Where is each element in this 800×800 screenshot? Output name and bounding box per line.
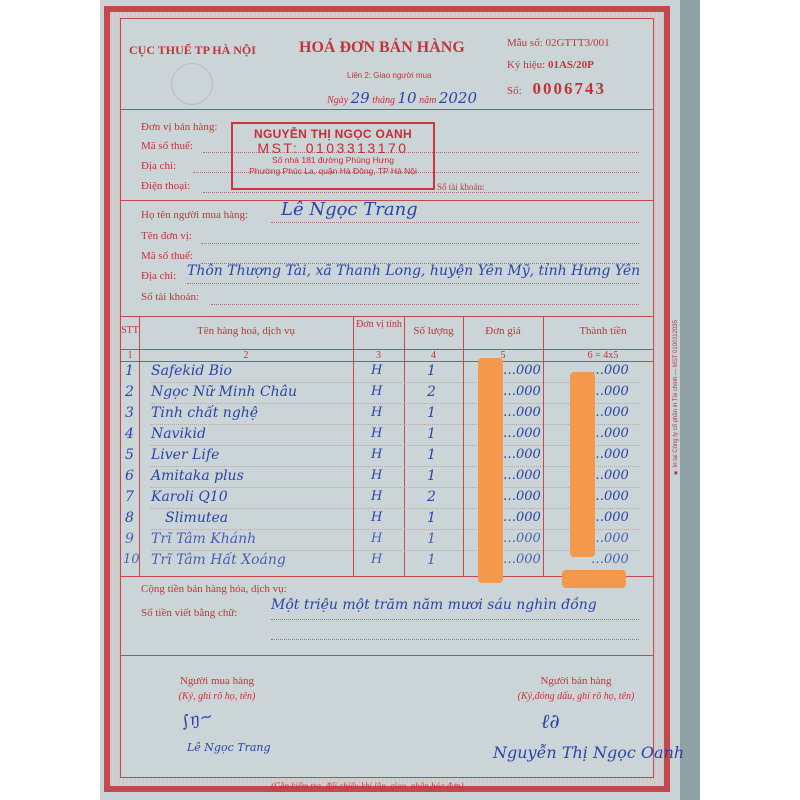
- seller-sign-hint: (Ký,đóng dấu, ghi rõ họ, tên): [486, 691, 666, 702]
- stamp-address-1: Số nhà 181 đường Phùng Hưng: [233, 155, 433, 166]
- seller-phone-label: Điện thoại:: [141, 180, 190, 192]
- invoice-photo: CỤC THUẾ TP HÀ NỘI HOÁ ĐƠN BÁN HÀNG Liên…: [100, 0, 700, 800]
- invoice-title: HOÁ ĐƠN BÁN HÀNG: [299, 39, 465, 57]
- redaction-sum: [562, 570, 626, 588]
- buyer-tax-label: Mã số thuế:: [141, 250, 193, 262]
- seller-account-label: Số tài khoản:: [437, 182, 485, 192]
- tax-authority: CỤC THUẾ TP HÀ NỘI: [129, 43, 256, 58]
- col-header-name: Tên hàng hoá, dịch vụ: [139, 325, 353, 337]
- seller-signature: ℓ∂: [541, 709, 560, 734]
- col-header-stt: STT: [121, 325, 139, 336]
- date-day: 29: [351, 89, 370, 107]
- seller-stamp: NGUYỄN THỊ NGỌC OANH MST: 0103313170 Số …: [231, 122, 435, 190]
- buyer-name: Lê Ngọc Trang: [281, 199, 418, 220]
- amount-in-words: Một triệu một trăm năm mươi sáu nghìn đồ…: [271, 597, 597, 613]
- seller-address-label: Địa chỉ:: [141, 160, 176, 172]
- stamp-name: NGUYỄN THỊ NGỌC OANH: [233, 127, 433, 141]
- words-label: Số tiền viết bằng chữ:: [141, 607, 237, 619]
- footer-note: (Cần kiểm tra, đối chiếu khi lập, giao, …: [271, 781, 464, 791]
- form-number: Mẫu số: 02GTTT3/001: [507, 37, 610, 49]
- col-header-price: Đơn giá: [463, 325, 543, 337]
- buyer-sign-hint: (Ký, ghi rõ họ, tên): [147, 691, 287, 702]
- stamp-mst: MST: 0103313170: [233, 141, 433, 155]
- copy-label: Liên 2: Giao người mua: [347, 71, 431, 80]
- date-month: 10: [397, 89, 416, 107]
- col-header-total: Thành tiền: [543, 325, 663, 337]
- buyer-signed-name: Lê Ngọc Trang: [187, 741, 271, 754]
- printer-info: ■ In tại Công ty cổ phần in Tài chính — …: [673, 320, 679, 475]
- seller-sign-title: Người bán hàng: [501, 675, 651, 687]
- seller-signed-name: Nguyễn Thị Ngọc Oanh: [493, 743, 684, 762]
- buyer-address: Thôn Thượng Tài, xã Thanh Long, huyện Yê…: [187, 263, 640, 279]
- invoice-date: Ngày 29 tháng 10 năm 2020: [327, 89, 477, 107]
- buyer-sign-title: Người mua hàng: [157, 675, 277, 687]
- emblem-icon: [171, 63, 213, 105]
- date-year: 2020: [439, 89, 477, 107]
- stamp-address-2: Phường Phúc La, quận Hà Đông, TP Hà Nội: [233, 166, 433, 177]
- redaction-total-column: [570, 372, 595, 557]
- invoice-paper: CỤC THUẾ TP HÀ NỘI HOÁ ĐƠN BÁN HÀNG Liên…: [100, 0, 680, 800]
- buyer-unit-label: Tên đơn vị:: [141, 230, 192, 242]
- redaction-price-column: [478, 358, 503, 583]
- sum-label: Cộng tiền bán hàng hóa, dịch vụ:: [141, 583, 287, 595]
- col-header-qty: Số lượng: [404, 325, 463, 337]
- divider: [121, 109, 653, 110]
- seller-unit-label: Đơn vị bán hàng:: [141, 121, 217, 133]
- buyer-name-label: Họ tên người mua hàng:: [141, 209, 248, 221]
- seller-tax-label: Mã số thuế:: [141, 140, 193, 152]
- col-header-unit: Đơn vị tính: [355, 319, 403, 331]
- buyer-address-label: Địa chỉ:: [141, 270, 176, 282]
- buyer-signature: ∫ŋ~: [179, 706, 214, 731]
- invoice-symbol: Ký hiệu: 01AS/20P: [507, 59, 594, 71]
- invoice-number: Số: 0006743: [507, 79, 606, 99]
- buyer-account-label: Số tài khoản:: [141, 291, 199, 303]
